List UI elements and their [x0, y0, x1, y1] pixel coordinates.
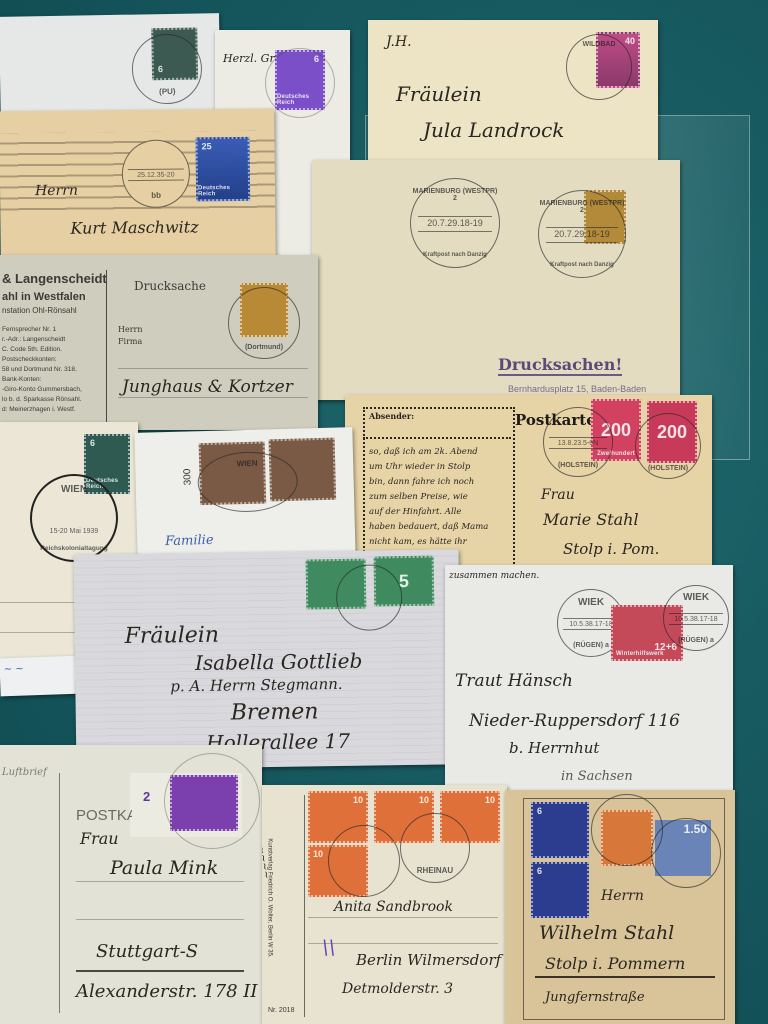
recipient-street: Detmolderstr. 3 — [342, 981, 453, 997]
message-text: so, daß ich am 2k. Abend um Uhr wieder i… — [369, 445, 514, 550]
envelope-bremen: 5 Fräulein Isabella Gottlieb p. A. Herrn… — [74, 549, 462, 769]
city-underline — [76, 970, 244, 972]
recipient-name: Wilhelm Stahl — [539, 922, 674, 944]
initials: J.H. — [386, 34, 412, 50]
violet-mark: \\ — [322, 935, 335, 959]
stamp-posthorn-6-1: 6 — [531, 802, 589, 858]
stamp-posthorn-6-2: 6 — [531, 862, 589, 918]
side-note: Luftbrief — [2, 767, 47, 778]
postmark-holstein-1: 13.8.23.5-6N (HOLSTEIN) — [543, 407, 613, 477]
company-location: ahl in Westfalen — [2, 291, 86, 303]
recipient-city: Bremen — [231, 699, 319, 725]
cover-wiek-ruegen: zusammen machen. WIEK 10.5.38.17-18 (RÜG… — [445, 565, 733, 790]
divider-vertical — [304, 795, 305, 1017]
label-firma: Firma — [118, 337, 142, 346]
divider-vertical — [59, 773, 60, 1013]
postmark-dortmund: (Dortmund) — [228, 287, 300, 359]
postmark-paula — [164, 753, 260, 849]
cover-berlin-charlottenburg: 25.12.35-20 bb 25 Deutsches Reich Herrn … — [0, 109, 276, 262]
company-name: & Langenscheidt — [2, 271, 107, 286]
postmark-pu: (PU) — [131, 33, 202, 104]
postmark-bremen — [336, 564, 403, 631]
recipient-name: Paula Mink — [110, 857, 218, 879]
salutation: Fräulein — [124, 623, 219, 649]
recipient-city: Stolp i. Pommern — [545, 954, 685, 973]
header-drucksache: Drucksache — [134, 279, 206, 293]
postcard-marienburg: MARIENBURG (WESTPR) 2 20.7.29.18-19 Kraf… — [312, 160, 680, 400]
address-line — [76, 881, 244, 882]
recipient-street: Jungfernstraße — [545, 990, 645, 1005]
postmark-wien-reichskolonialtagung: WIEN 15-20 Mai 1939 Reichskolonialtagung — [30, 474, 118, 562]
care-of: p. A. Herrn Stegmann. — [170, 675, 343, 695]
recipient-address: Nieder-Ruppersdorf 116 — [469, 711, 680, 731]
postcard-holstein: Absender: so, daß ich am 2k. Abend um Uh… — [345, 395, 712, 565]
letter-card-wildbad: J.H. Fräulein Jula Landrock 40 WILDBAD — [368, 20, 658, 165]
handwriting-note: ~ ~ — [4, 664, 24, 676]
postmark-oval-wien: WIEN — [197, 451, 299, 514]
salutation: Herrn — [601, 888, 644, 904]
postmark-wiek-2: WIEK 10.5.38.17-18 (RÜGEN) a — [663, 585, 729, 651]
stamp-railway-25: 25 Deutsches Reich — [196, 137, 251, 202]
margin-number: 300 — [182, 469, 193, 486]
recipient-city: Stolp i. Pom. — [563, 540, 659, 558]
address-line — [308, 917, 498, 918]
cachet-drucksachen: Drucksachen! — [498, 355, 622, 376]
recipient-city: Stuttgart-S — [96, 941, 198, 962]
address-line — [76, 919, 244, 920]
divider-vertical — [106, 270, 107, 430]
region: in Sachsen — [561, 769, 633, 784]
card-number: Nr. 2018 — [268, 1007, 294, 1014]
salutation: Herrn — [35, 183, 78, 199]
postmark-holstein-2: (HOLSTEIN) — [635, 413, 701, 479]
postmark-marienburg-2: MARIENBURG (WESTPR) 2 20.7.29.18-19 Kraf… — [538, 190, 626, 278]
address-line — [118, 397, 308, 398]
recipient-street: Alexanderstr. 178 II — [76, 981, 258, 1002]
recipient-name: Marie Stahl — [543, 510, 639, 529]
salutation: Frau — [80, 829, 119, 848]
postmark-violet — [265, 48, 335, 118]
recipient-name: Junghaus & Kortzer — [122, 377, 293, 397]
postmark-rheinau-1 — [328, 825, 400, 897]
stamp-strip-wien: 300 WIEN Familie — [134, 427, 355, 563]
postmark-marienburg-1: MARIENBURG (WESTPR) 2 20.7.29.18-19 Kraf… — [410, 178, 500, 268]
company-details: Fernsprecher Nr. 1 r.-Adr.: Langenscheid… — [2, 325, 102, 415]
handwriting-familie: Familie — [165, 533, 214, 549]
postcard-langenscheidt: & Langenscheidt ahl in Westfalen nstatio… — [0, 255, 318, 430]
salutation: Frau — [541, 487, 575, 503]
recipient-city: Berlin Wilmersdorf — [356, 951, 501, 969]
post-office: b. Herrnhut — [509, 739, 599, 757]
recipient-name: Isabella Gottlieb — [195, 649, 363, 675]
recipient-name: Kurt Maschwitz — [70, 217, 198, 237]
title-postkarte: POSTKARTE — [76, 807, 132, 824]
postmark-wildbad: WILDBAD — [566, 34, 632, 100]
recipient-name: Jula Landrock — [423, 118, 564, 142]
recipient-name: Traut Hänsch — [455, 671, 573, 691]
address-line — [308, 943, 498, 944]
recipient-name: Anita Sandbrook — [334, 899, 453, 915]
top-text: zusammen machen. — [449, 571, 539, 581]
address-line — [118, 368, 308, 369]
sender-label: Absender: — [369, 411, 414, 421]
postmark-stahl-2 — [651, 818, 721, 888]
postcard-paula-mink: Luftbrief 2 POSTKARTE Frau Paula Mink St… — [0, 745, 262, 1024]
postcard-rheinau: Kunstverlag Friedrich O. Wolter, Berlin … — [262, 785, 507, 1024]
sender-separator — [363, 437, 511, 439]
city-underline — [535, 976, 715, 978]
postmark-berlin: 25.12.35-20 bb — [122, 139, 191, 208]
sheet-number: 2 — [143, 789, 150, 804]
company-station: nstation Ohl-Rönsahl — [2, 306, 77, 315]
postcard-stahl: 6 6 1.50 Herrn Wilhelm Stahl Stolp i. Po… — [505, 790, 735, 1024]
salutation: Fräulein — [396, 82, 482, 106]
footer-address: Bernhardusplatz 15, Baden-Baden — [508, 384, 646, 394]
label-herrn: Herrn — [118, 325, 143, 334]
postmark-rheinau-2: RHEINAU — [400, 813, 470, 883]
note-blue-ink: ~ ~ — [0, 656, 81, 697]
